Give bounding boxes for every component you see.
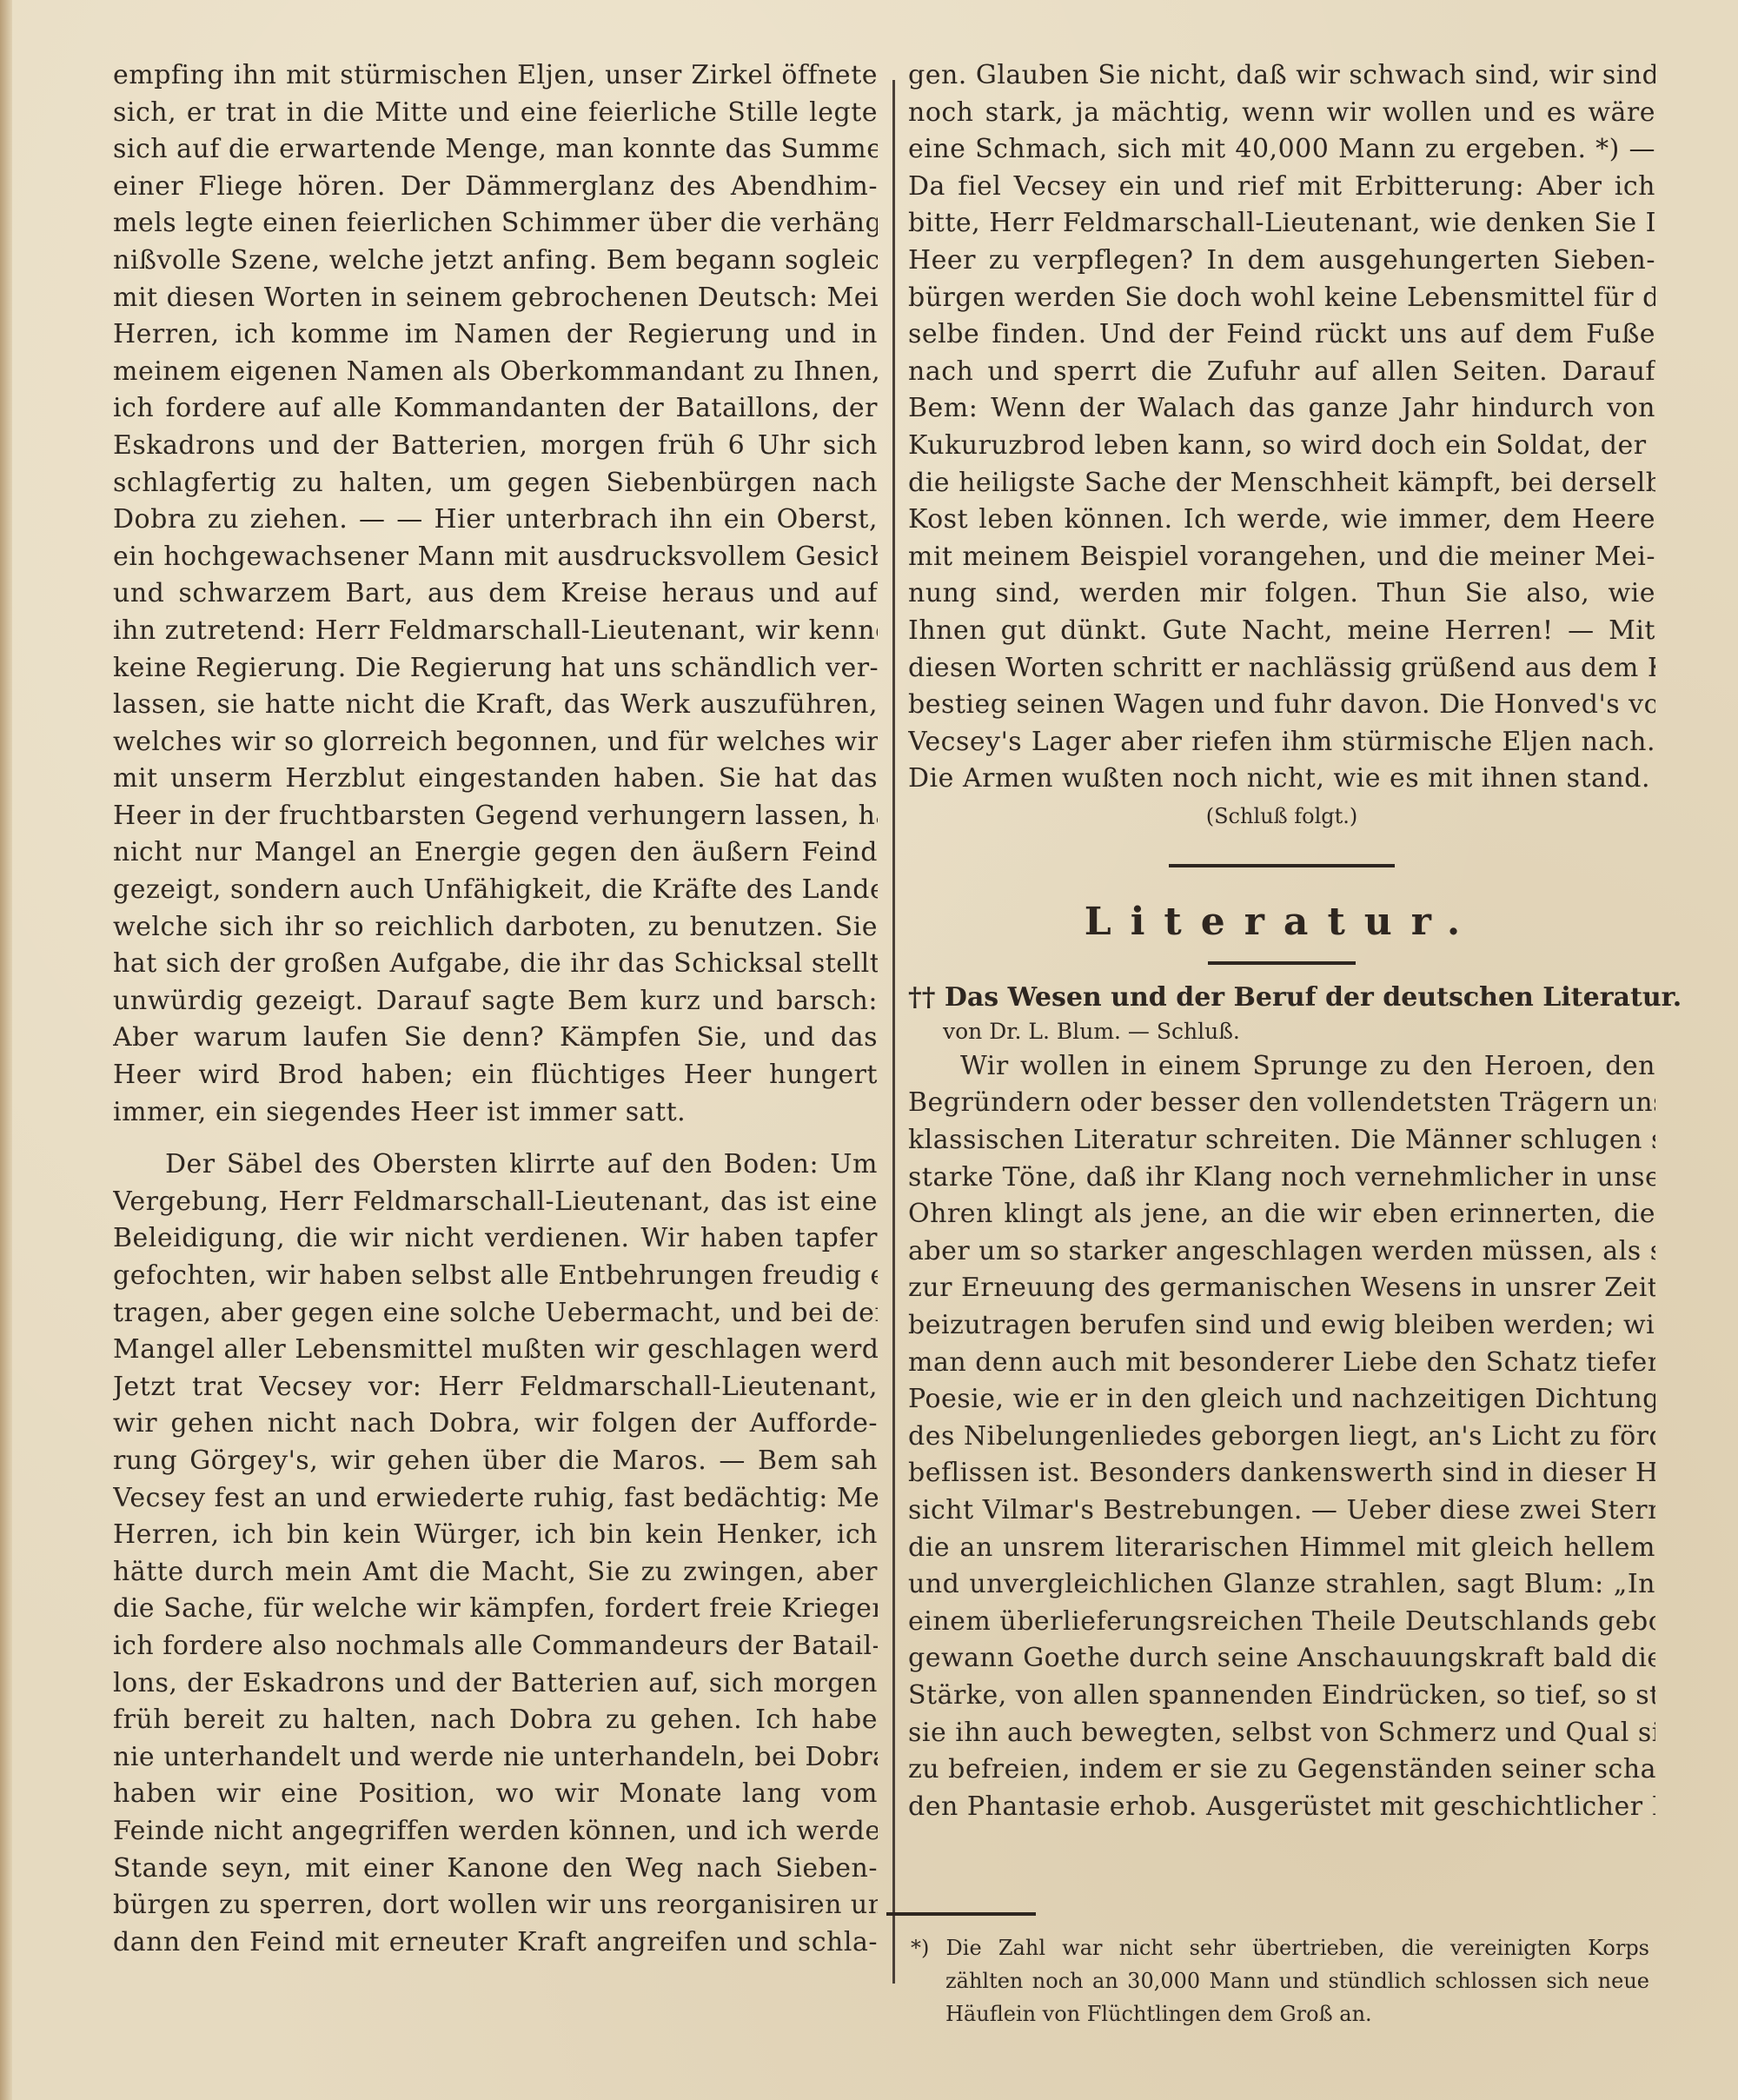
text-line: Ihnen gut dünkt. Gute Nacht, meine Herre… [908,613,1655,650]
text-line: die Sache, für welche wir kämpfen, forde… [113,1591,878,1628]
text-line: hat sich der großen Aufgabe, die ihr das… [113,946,878,983]
text-line: selbe finden. Und der Feind rückt uns au… [908,316,1655,354]
text-line: die heiligste Sache der Menschheit kämpf… [908,465,1655,502]
text-line: aber um so starker angeschlagen werden m… [908,1233,1655,1271]
section-rule-bottom [1208,961,1356,965]
text-line: sich auf die erwartende Menge, man konnt… [113,131,878,169]
text-line: nie unterhandelt und werde nie unterhand… [113,1739,878,1777]
text-line: Jetzt trat Vecsey vor: Herr Feldmarschal… [113,1369,878,1406]
text-line: ich fordere auf alle Kommandanten der Ba… [113,390,878,428]
text-line: Begründern oder besser den vollendetsten… [908,1085,1655,1122]
text-line: Aber warum laufen Sie denn? Kämpfen Sie,… [113,1020,878,1057]
text-line: dann den Feind mit erneuter Kraft angrei… [113,1924,878,1962]
text-line: klassischen Literatur schreiten. Die Män… [908,1122,1655,1160]
text-line: keine Regierung. Die Regierung hat uns s… [113,650,878,688]
text-line: ein hochgewachsener Mann mit ausdrucksvo… [113,539,878,576]
text-line: Beleidigung, die wir nicht verdienen. Wi… [113,1220,878,1258]
text-line: rung Görgey's, wir gehen über die Maros.… [113,1443,878,1480]
text-line: Da fiel Vecsey ein und rief mit Erbitter… [908,169,1655,206]
text-line: Vecsey fest an und erwiederte ruhig, fas… [113,1480,878,1518]
text-line: Ohren klingt als jene, an die wir eben e… [908,1196,1655,1233]
text-line: Bem: Wenn der Walach das ganze Jahr hind… [908,390,1655,428]
text-line: nung sind, werden mir folgen. Thun Sie a… [908,575,1655,613]
left-paragraph-1: empfing ihn mit stürmischen Eljen, unser… [113,57,878,1131]
text-line: Dobra zu ziehen. — — Hier unterbrach ihn… [113,502,878,539]
text-line: Wir wollen in einem Sprunge zu den Heroe… [908,1048,1655,1086]
text-line: tragen, aber gegen eine solche Uebermach… [113,1295,878,1332]
text-line: gen. Glauben Sie nicht, daß wir schwach … [908,57,1655,95]
text-line: unwürdig gezeigt. Darauf sagte Bem kurz … [113,983,878,1020]
text-line: nicht nur Mangel an Energie gegen den äu… [113,834,878,872]
text-line: mels legte einen feierlichen Schimmer üb… [113,205,878,243]
text-line: Poesie, wie er in den gleich und nachzei… [908,1381,1655,1419]
footnote-line: zählten noch an 30,000 Mann und stündlic… [911,1964,1649,1997]
text-line: Herren, ich bin kein Würger, ich bin kei… [113,1517,878,1554]
text-line: sicht Vilmar's Bestrebungen. — Ueber die… [908,1492,1655,1530]
text-line: die an unsrem literarischen Himmel mit g… [908,1530,1655,1567]
text-line: und schwarzem Bart, aus dem Kreise herau… [113,575,878,613]
text-line: einem überlieferungsreichen Theile Deuts… [908,1604,1655,1641]
text-line: immer, ein siegendes Heer ist immer satt… [113,1094,878,1132]
text-line: Heer zu verpflegen? In dem ausgehungerte… [908,243,1655,280]
text-line: bürgen zu sperren, dort wollen wir uns r… [113,1887,878,1924]
text-line: schlagfertig zu halten, um gegen Siebenb… [113,465,878,502]
continued-note: (Schluß folgt.) [908,798,1655,834]
text-line: eine Schmach, sich mit 40,000 Mann zu er… [908,131,1655,169]
text-line: beflissen ist. Besonders dankenswerth si… [908,1455,1655,1492]
text-line: Stande seyn, mit einer Kanone den Weg na… [113,1851,878,1888]
footnote-line: *) Die Zahl war nicht sehr übertrieben, … [911,1931,1649,1964]
text-line: starke Töne, daß ihr Klang noch vernehml… [908,1160,1655,1197]
text-line: Stärke, von allen spannenden Eindrücken,… [908,1678,1655,1715]
text-line: sich, er trat in die Mitte und eine feie… [113,95,878,132]
text-line: den Phantasie erhob. Ausgerüstet mit ges… [908,1789,1655,1826]
text-line: Heer wird Brod haben; ein flüchtiges Hee… [113,1057,878,1094]
section-heading: Literatur. [908,892,1655,953]
text-line: Die Armen wußten noch nicht, wie es mit … [908,761,1655,798]
text-line: Kost leben können. Ich werde, wie immer,… [908,502,1655,539]
text-line: gezeigt, sondern auch Unfähigkeit, die K… [113,872,878,909]
text-line: bürgen werden Sie doch wohl keine Lebens… [908,280,1655,317]
footnote: *) Die Zahl war nicht sehr übertrieben, … [911,1931,1649,2030]
text-line: Eskadrons und der Batterien, morgen früh… [113,428,878,465]
text-line: mit meinem Beispiel vorangehen, und die … [908,539,1655,576]
text-line: hätte durch mein Amt die Macht, Sie zu z… [113,1554,878,1592]
right-paragraph-2: Wir wollen in einem Sprunge zu den Heroe… [908,1048,1655,1825]
right-paragraph-1: gen. Glauben Sie nicht, daß wir schwach … [908,57,1655,798]
left-column: empfing ihn mit stürmischen Eljen, unser… [113,57,878,1961]
text-line: mit unserm Herzblut eingestanden haben. … [113,761,878,798]
text-line: früh bereit zu halten, nach Dobra zu geh… [113,1702,878,1739]
section-rule-top [1169,864,1395,867]
text-line: Vecsey's Lager aber riefen ihm stürmisch… [908,724,1655,761]
text-line: zur Erneuung des germanischen Wesens in … [908,1270,1655,1307]
text-line: lons, der Eskadrons und der Batterien au… [113,1665,878,1703]
text-line: gewann Goethe durch seine Anschauungskra… [908,1640,1655,1678]
right-column: gen. Glauben Sie nicht, daß wir schwach … [908,57,1655,1825]
text-line: meinem eigenen Namen als Oberkommandant … [113,354,878,391]
text-line: bitte, Herr Feldmarschall-Lieutenant, wi… [908,205,1655,243]
text-line: nach und sperrt die Zufuhr auf allen Sei… [908,354,1655,391]
text-line: und unvergleichlichen Glanze strahlen, s… [908,1566,1655,1604]
text-line: Vergebung, Herr Feldmarschall-Lieutenant… [113,1184,878,1221]
footnote-rule [886,1912,1036,1916]
text-line: empfing ihn mit stürmischen Eljen, unser… [113,57,878,95]
text-line: ich fordere also nochmals alle Commandeu… [113,1628,878,1665]
text-line: gefochten, wir haben selbst alle Entbehr… [113,1258,878,1295]
text-line: einer Fliege hören. Der Dämmerglanz des … [113,169,878,206]
text-line: diesen Worten schritt er nachlässig grüß… [908,650,1655,688]
text-line: zu befreien, indem er sie zu Gegenstände… [908,1751,1655,1789]
text-line: Herren, ich komme im Namen der Regierung… [113,316,878,354]
left-paragraph-2: Der Säbel des Obersten klirrte auf den B… [113,1146,878,1961]
text-line: bestieg seinen Wagen und fuhr davon. Die… [908,687,1655,724]
text-line: Der Säbel des Obersten klirrte auf den B… [113,1146,878,1184]
text-line: Feinde nicht angegriffen werden können, … [113,1813,878,1851]
text-line: Mangel aller Lebensmittel mußten wir ges… [113,1332,878,1369]
text-line: beizutragen berufen sind und ewig bleibe… [908,1307,1655,1345]
text-line: des Nibelungenliedes geborgen liegt, an'… [908,1419,1655,1456]
footnote-line: Häuflein von Flüchtlingen dem Groß an. [911,1997,1649,2030]
text-line: Heer in der fruchtbarsten Gegend verhung… [113,798,878,835]
text-line: sie ihn auch bewegten, selbst von Schmer… [908,1715,1655,1752]
article-title: †† Das Wesen und der Beruf der deutschen… [908,980,1655,1015]
text-line: welche sich ihr so reichlich darboten, z… [113,909,878,947]
article-byline: von Dr. L. Blum. — Schluß. [908,1015,1655,1048]
text-line: lassen, sie hatte nicht die Kraft, das W… [113,687,878,724]
text-line: haben wir eine Position, wo wir Monate l… [113,1776,878,1813]
text-line: welches wir so glorreich begonnen, und f… [113,724,878,761]
text-line: nißvolle Szene, welche jetzt anfing. Bem… [113,243,878,280]
text-line: mit diesen Worten in seinem gebrochenen … [113,280,878,317]
text-line: wir gehen nicht nach Dobra, wir folgen d… [113,1406,878,1443]
text-line: Kukuruzbrod leben kann, so wird doch ein… [908,428,1655,465]
column-divider [892,80,895,1984]
page-edge [0,0,12,2100]
text-line: noch stark, ja mächtig, wenn wir wollen … [908,95,1655,132]
text-line: man denn auch mit besonderer Liebe den S… [908,1345,1655,1382]
text-line: ihn zutretend: Herr Feldmarschall-Lieute… [113,613,878,650]
